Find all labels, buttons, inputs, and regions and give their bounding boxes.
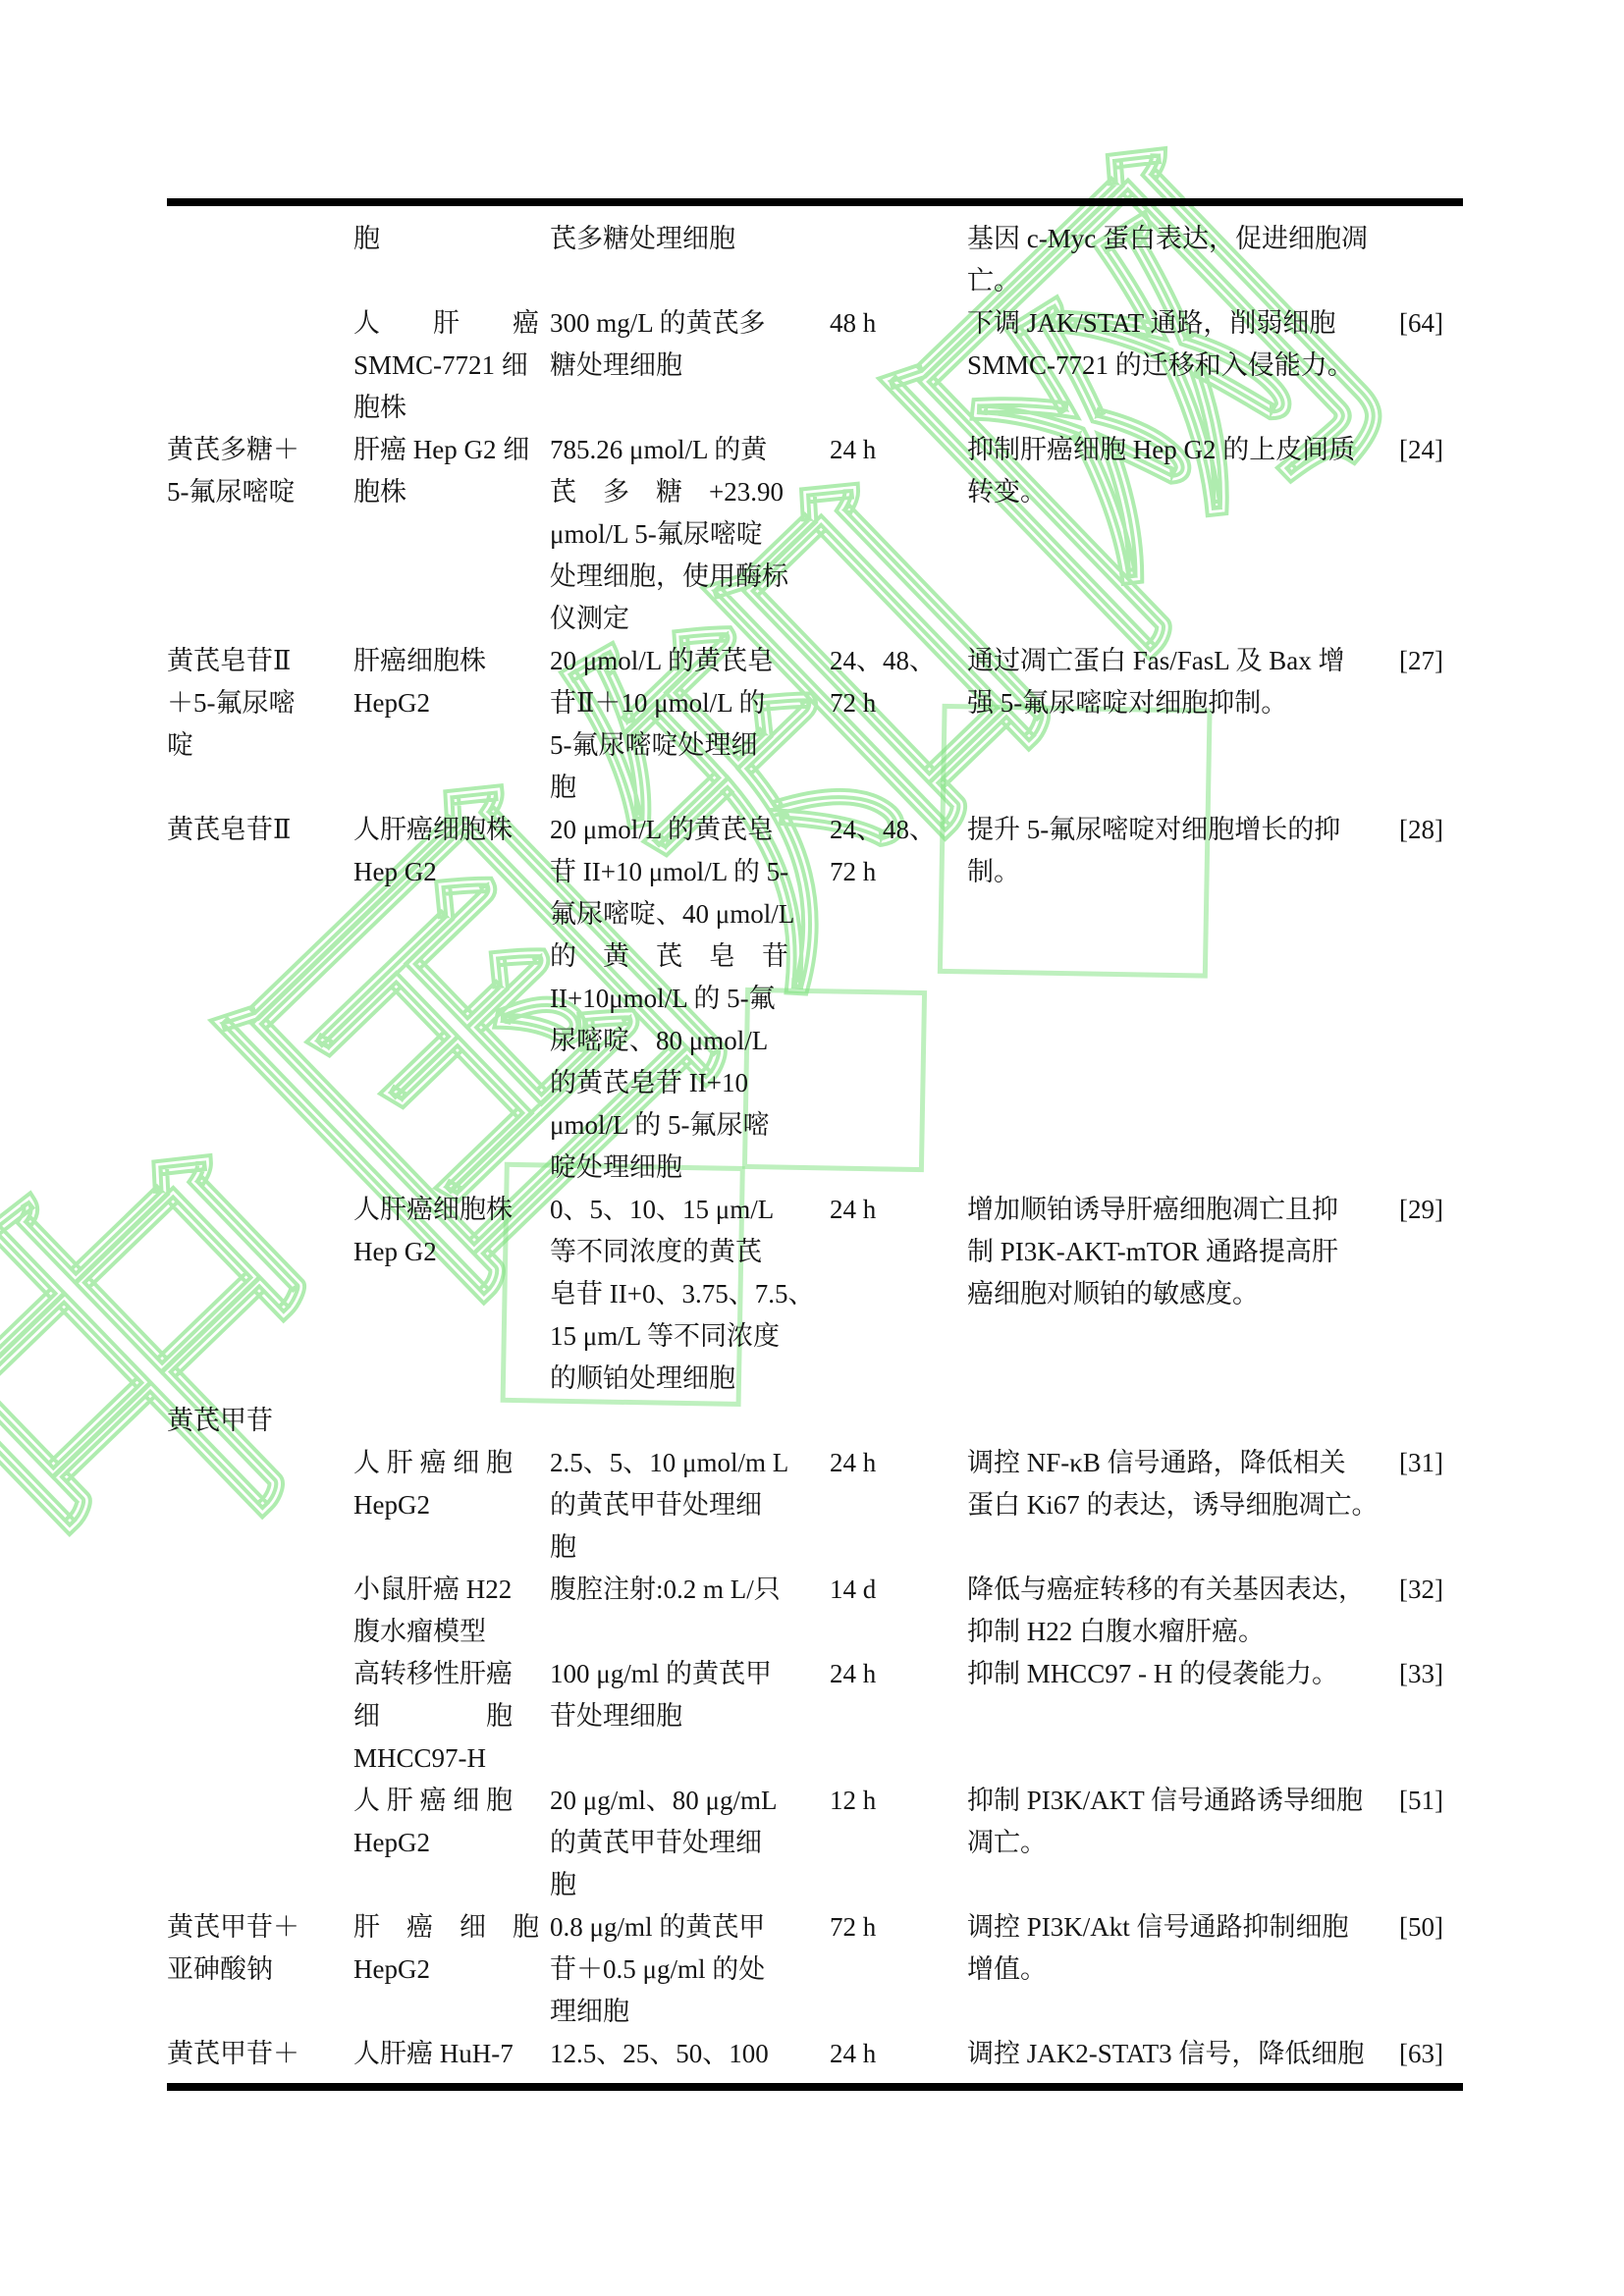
reference-number: [50] [1389, 1906, 1463, 1949]
cell-line-cell: 人 肝 癌 SMMC-7721 细 胞株 [353, 302, 550, 429]
time-cell: 24 h [830, 1442, 967, 1484]
treatment-cell: 20 μmol/L 的黄芪皂 苷Ⅱ＋10 μmol/L 的 5-氟尿嘧啶处理细 … [550, 640, 830, 809]
treatment-cell: 20 μmol/L 的黄芪皂 苷 II+10 μmol/L 的 5- 氟尿嘧啶、… [550, 809, 830, 1189]
treatment-cell: 2.5、5、10 μmol/m L 的黄芪甲苷处理细 胞 [550, 1442, 830, 1569]
compound-cell: 黄芪皂苷Ⅱ ＋5-氟尿嘧 啶 [167, 640, 353, 767]
cell-line-cell: 肝癌 Hep G2 细 胞株 [353, 429, 550, 513]
reference-number: [24] [1389, 429, 1463, 471]
effect-cell: 通过凋亡蛋白 Fas/FasL 及 Bax 增 强 5-氟尿嘧啶对细胞抑制。 [967, 640, 1389, 724]
time-cell: 24、48、 72 h [830, 640, 967, 724]
astragalus-hcc-reference-table: 胞 芪多糖处理细胞 基因 c-Myc 蛋白表达，促进细胞凋 亡。 人 肝 癌 S… [167, 198, 1463, 2091]
reference-number: [31] [1389, 1442, 1463, 1484]
table-row: 黄芪皂苷Ⅱ ＋5-氟尿嘧 啶 肝癌细胞株 HepG2 20 μmol/L 的黄芪… [167, 640, 1463, 809]
effect-cell: 调控 PI3K/Akt 信号通路抑制细胞 增值。 [967, 1906, 1389, 1991]
effect-cell: 增加顺铂诱导肝癌细胞凋亡且抑 制 PI3K-AKT-mTOR 通路提高肝 癌细胞… [967, 1189, 1389, 1315]
compound-cell: 黄芪甲苷＋ [167, 2033, 353, 2075]
treatment-cell: 12.5、25、50、100 [550, 2033, 830, 2075]
effect-cell: 抑制 PI3K/AKT 信号通路诱导细胞 凋亡。 [967, 1780, 1389, 1864]
time-cell: 24 h [830, 1653, 967, 1695]
treatment-cell: 芪多糖处理细胞 [550, 218, 830, 260]
reference-number: [27] [1389, 640, 1463, 682]
effect-cell: 抑制肝癌细胞 Hep G2 的上皮间质 转变。 [967, 429, 1389, 513]
reference-number: [29] [1389, 1189, 1463, 1231]
treatment-cell: 腹腔注射:0.2 m L/只 [550, 1569, 830, 1611]
time-cell: 24 h [830, 1189, 967, 1231]
cell-line-cell: 人肝癌细胞株 Hep G2 [353, 1189, 550, 1273]
treatment-cell: 20 μg/ml、80 μg/mL 的黄芪甲苷处理细 胞 [550, 1780, 830, 1906]
cell-line-cell: 小鼠肝癌 H22 腹水瘤模型 [353, 1569, 550, 1653]
treatment-cell: 100 μg/ml 的黄芪甲 苷处理细胞 [550, 1653, 830, 1737]
effect-cell: 抑制 MHCC97 - H 的侵袭能力。 [967, 1653, 1389, 1695]
table-row: 人 肝 癌 细 胞 HepG2 20 μg/ml、80 μg/mL 的黄芪甲苷处… [167, 1780, 1463, 1906]
effect-cell: 提升 5-氟尿嘧啶对细胞增长的抑 制。 [967, 809, 1389, 893]
effect-cell: 调控 JAK2-STAT3 信号，降低细胞 [967, 2033, 1389, 2075]
time-cell: 24 h [830, 429, 967, 471]
reference-number: [33] [1389, 1653, 1463, 1695]
table-row: 小鼠肝癌 H22 腹水瘤模型 腹腔注射:0.2 m L/只 14 d 降低与癌症… [167, 1569, 1463, 1653]
cell-line-cell: 人肝癌 HuH-7 [353, 2033, 550, 2075]
time-cell: 24 h [830, 2033, 967, 2075]
table-row: 黄芪甲苷＋ 人肝癌 HuH-7 12.5、25、50、100 24 h 调控 J… [167, 2033, 1463, 2075]
cell-line-cell: 高转移性肝癌 细 胞 MHCC97-H [353, 1653, 550, 1780]
table-section-row: 黄芪甲苷 [167, 1400, 1463, 1442]
time-cell: 14 d [830, 1569, 967, 1611]
time-cell: 72 h [830, 1906, 967, 1949]
document-page: 中国知网 胞 芪多糖处理细胞 基因 c-Myc 蛋白表达，促进细胞凋 亡。 人 … [0, 0, 1624, 2296]
compound-cell: 黄芪甲苷＋ 亚砷酸钠 [167, 1906, 353, 1991]
table-row: 人肝癌细胞株 Hep G2 0、5、10、15 μm/L 等不同浓度的黄芪 皂苷… [167, 1189, 1463, 1400]
effect-cell: 调控 NF-κB 信号通路，降低相关 蛋白 Ki67 的表达，诱导细胞凋亡。 [967, 1442, 1389, 1526]
compound-section-label: 黄芪甲苷 [167, 1400, 353, 1442]
time-cell: 12 h [830, 1780, 967, 1822]
table-row: 人 肝 癌 细 胞 HepG2 2.5、5、10 μmol/m L 的黄芪甲苷处… [167, 1442, 1463, 1569]
table-row: 人 肝 癌 SMMC-7721 细 胞株 300 mg/L 的黄芪多 糖处理细胞… [167, 302, 1463, 429]
reference-number: [28] [1389, 809, 1463, 851]
time-cell: 24、48、 72 h [830, 809, 967, 893]
table-row: 黄芪甲苷＋ 亚砷酸钠 肝 癌 细 胞 HepG2 0.8 μg/ml 的黄芪甲 … [167, 1906, 1463, 2033]
cell-line-cell: 肝癌细胞株 HepG2 [353, 640, 550, 724]
treatment-cell: 0.8 μg/ml 的黄芪甲 苷＋0.5 μg/ml 的处 理细胞 [550, 1906, 830, 2033]
cell-line-cell: 人肝癌细胞株 Hep G2 [353, 809, 550, 893]
reference-number: [64] [1389, 302, 1463, 345]
effect-cell: 基因 c-Myc 蛋白表达，促进细胞凋 亡。 [967, 218, 1389, 302]
table-row: 胞 芪多糖处理细胞 基因 c-Myc 蛋白表达，促进细胞凋 亡。 [167, 218, 1463, 302]
cell-line-cell: 人 肝 癌 细 胞 HepG2 [353, 1442, 550, 1526]
table-row: 高转移性肝癌 细 胞 MHCC97-H 100 μg/ml 的黄芪甲 苷处理细胞… [167, 1653, 1463, 1780]
treatment-cell: 785.26 μmol/L 的黄 芪 多 糖 +23.90 μmol/L 5-氟… [550, 429, 830, 640]
reference-number: [51] [1389, 1780, 1463, 1822]
compound-cell: 黄芪皂苷Ⅱ [167, 809, 353, 851]
cell-line-cell: 胞 [353, 218, 550, 260]
effect-cell: 下调 JAK/STAT 通路，削弱细胞 SMMC-7721 的迁移和入侵能力。 [967, 302, 1389, 387]
treatment-cell: 300 mg/L 的黄芪多 糖处理细胞 [550, 302, 830, 387]
time-cell: 48 h [830, 302, 967, 345]
treatment-cell: 0、5、10、15 μm/L 等不同浓度的黄芪 皂苷 II+0、3.75、7.5… [550, 1189, 830, 1400]
reference-number: [32] [1389, 1569, 1463, 1611]
cell-line-cell: 肝 癌 细 胞 HepG2 [353, 1906, 550, 1991]
table-row: 黄芪多糖＋ 5-氟尿嘧啶 肝癌 Hep G2 细 胞株 785.26 μmol/… [167, 429, 1463, 640]
cell-line-cell: 人 肝 癌 细 胞 HepG2 [353, 1780, 550, 1864]
compound-cell: 黄芪多糖＋ 5-氟尿嘧啶 [167, 429, 353, 513]
effect-cell: 降低与癌症转移的有关基因表达， 抑制 H22 白腹水瘤肝癌。 [967, 1569, 1389, 1653]
table-row: 黄芪皂苷Ⅱ 人肝癌细胞株 Hep G2 20 μmol/L 的黄芪皂 苷 II+… [167, 809, 1463, 1189]
reference-number: [63] [1389, 2033, 1463, 2075]
